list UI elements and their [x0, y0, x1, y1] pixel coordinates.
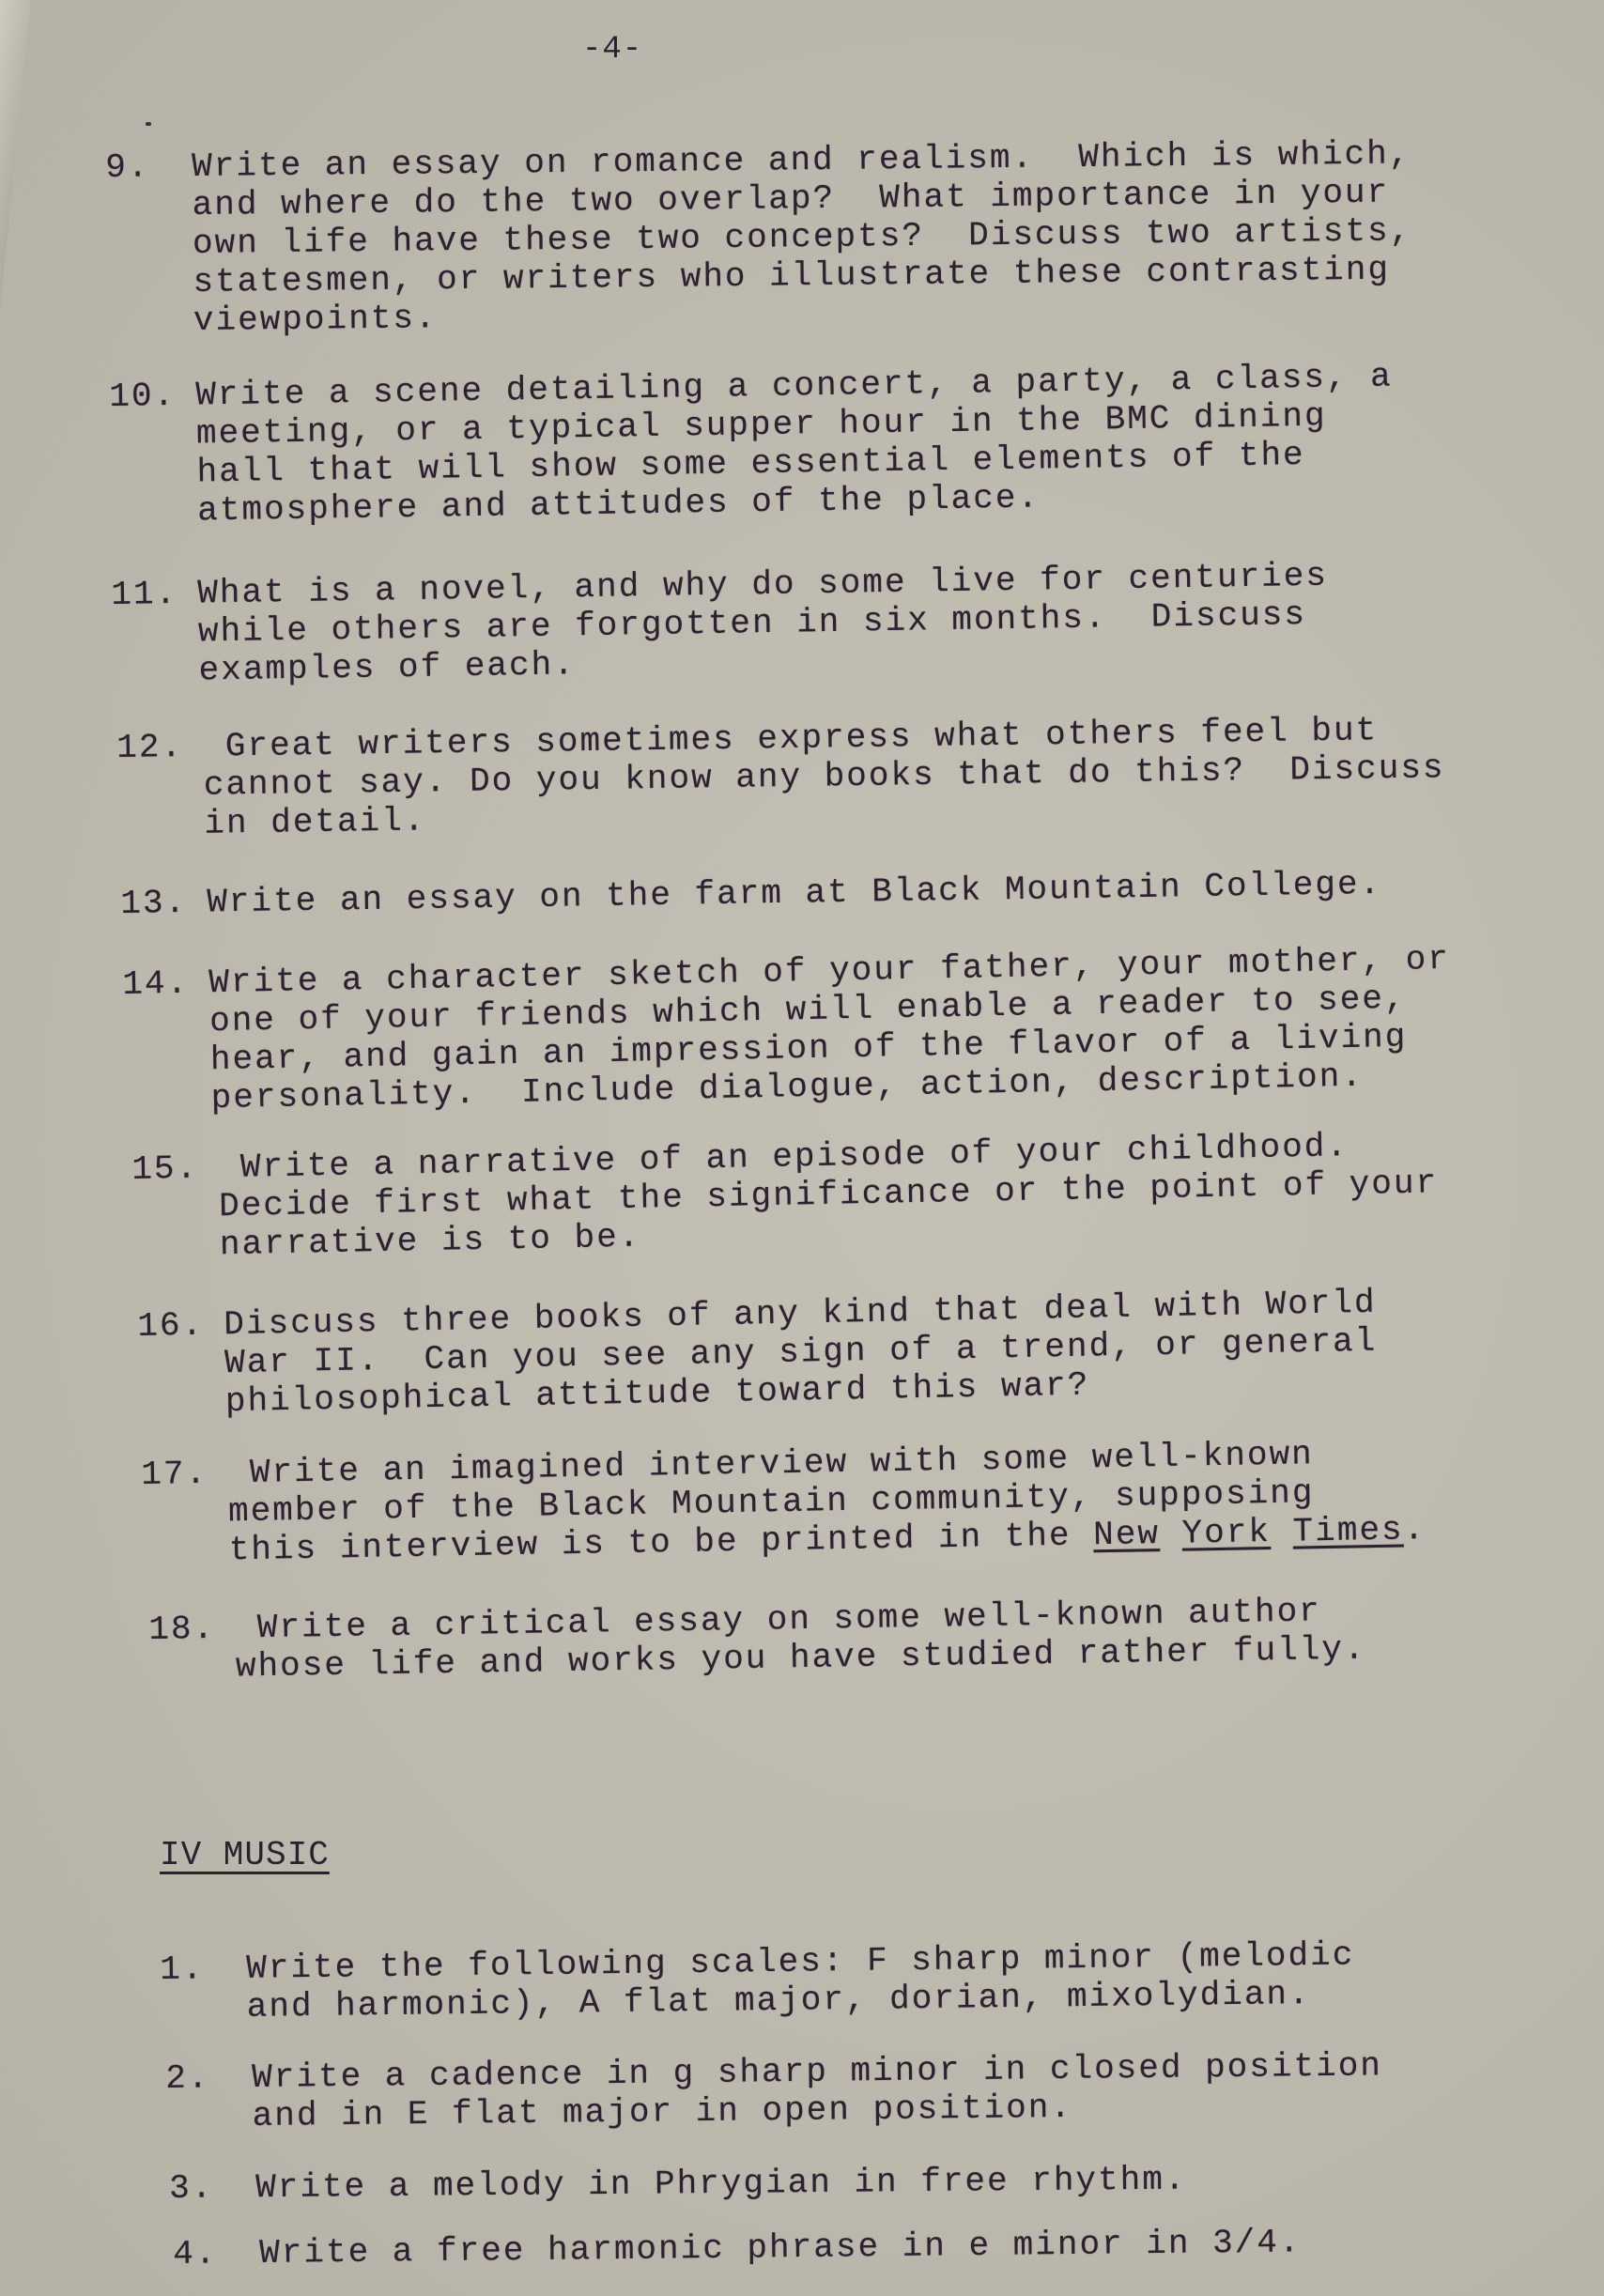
text-line: Write a melody in Phrygian in free rhyth… — [255, 2161, 1187, 2208]
question-number: 2. — [165, 2059, 210, 2098]
page-number: -4- — [582, 32, 642, 68]
question-number: 9. — [105, 148, 150, 187]
underlined-title: York — [1181, 1513, 1271, 1553]
question-number: 12. — [116, 728, 183, 767]
question-number: 1. — [160, 1949, 205, 1989]
question-text: Write an essay on romance and realism. W… — [192, 134, 1412, 340]
question-number: 15. — [131, 1149, 199, 1189]
question-number: 4. — [173, 2235, 218, 2273]
question-text: What is a novel, and why do some live fo… — [197, 557, 1330, 690]
question-text: Write an imagined interview with some we… — [227, 1433, 1427, 1569]
question-number: 3. — [169, 2169, 214, 2208]
question-text: Great writers sometimes express what oth… — [203, 710, 1445, 842]
question-number: 18. — [148, 1610, 215, 1649]
question-text: Write a melody in Phrygian in free rhyth… — [255, 2161, 1187, 2208]
question-number: 16. — [137, 1306, 205, 1346]
question-text: Write a character sketch of your father,… — [208, 940, 1453, 1117]
question-text: Write a cadence in g sharp minor in clos… — [252, 2046, 1383, 2135]
question-text: Write the following scales: F sharp mino… — [246, 1935, 1355, 2026]
question-number: 14. — [122, 964, 190, 1004]
question-number: 10. — [109, 377, 176, 416]
underlined-title: New — [1093, 1515, 1161, 1554]
underlined-title: Times — [1292, 1511, 1404, 1551]
section-heading-music: IV MUSIC — [160, 1836, 330, 1874]
question-number: 11. — [111, 575, 177, 614]
question-text: Discuss three books of any kind that dea… — [224, 1284, 1379, 1422]
question-text: Write a narrative of an episode of your … — [218, 1125, 1439, 1264]
question-number: 17. — [141, 1455, 208, 1494]
question-number: 13. — [120, 884, 187, 923]
question-text: Write a scene detailing a concert, a par… — [195, 358, 1395, 531]
ink-speck — [146, 122, 151, 126]
